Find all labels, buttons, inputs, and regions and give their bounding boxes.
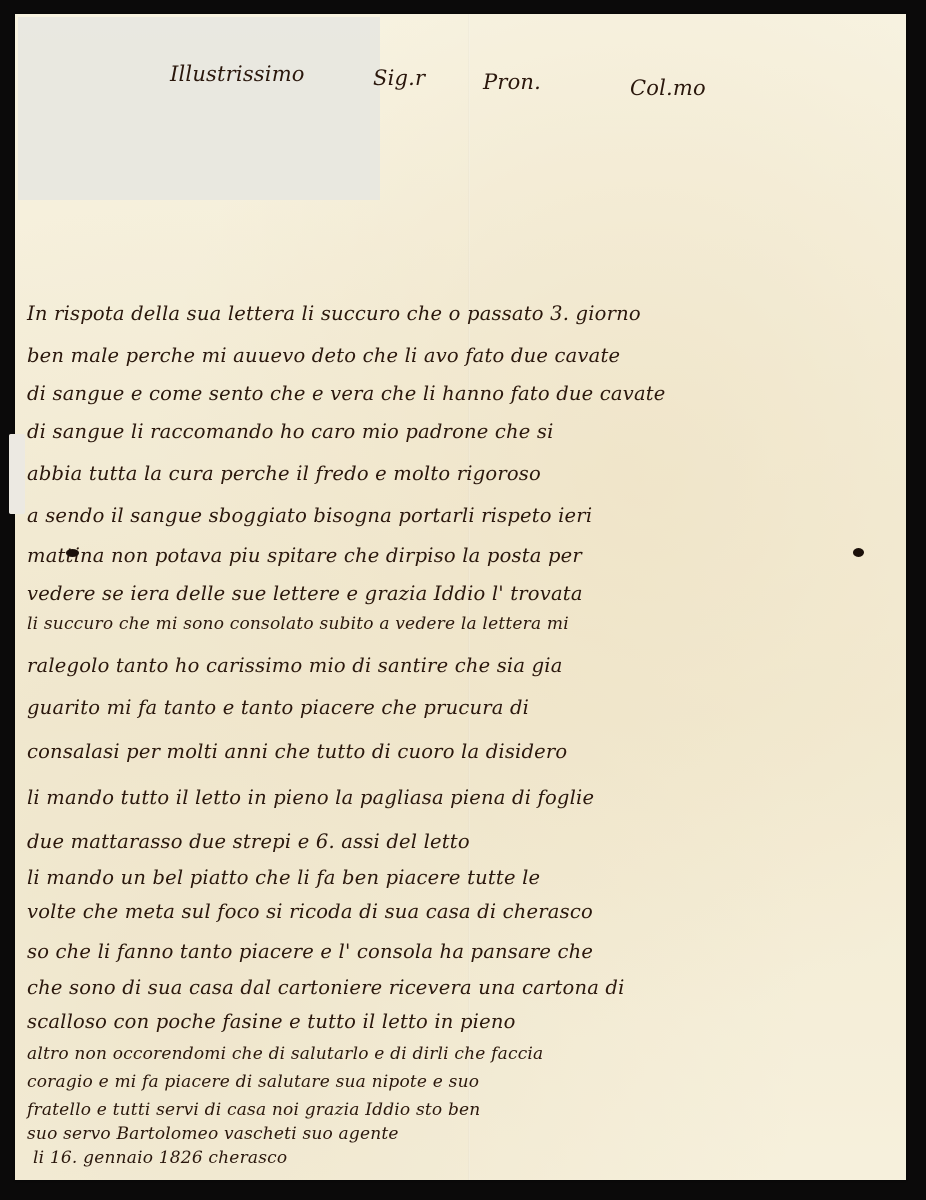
body-line-18: che sono di sua casa dal cartoniere rice… [27,976,625,999]
salutation-word-1: Illustrissimo [170,62,305,86]
ink-blot [853,548,864,557]
body-line-21: coragio e mi fa piacere di salutare sua … [27,1072,479,1092]
body-line-5: abbia tutta la cura perche il fredo e mo… [27,462,541,485]
date-line: li 16. gennaio 1826 cherasco [33,1148,287,1168]
body-line-19: scalloso con poche fasine e tutto il let… [27,1010,516,1033]
body-line-6: a sendo il sangue sboggiato bisogna port… [27,504,592,527]
body-line-1: In rispota della sua lettera li succuro … [27,302,641,325]
salutation-word-2: Sig.r [373,66,425,90]
body-line-7: mattina non potava piu spitare che dirpi… [27,544,582,567]
body-line-4: di sangue li raccomando ho caro mio padr… [27,420,554,443]
body-line-3: di sangue e come sento che e vera che li… [27,382,666,405]
body-line-9: li succuro che mi sono consolato subito … [27,614,569,634]
body-line-2: ben male perche mi auuevo deto che li av… [27,344,620,367]
letter-page: Illustrissimo Sig.r Pron. Col.mo In risp… [15,14,906,1180]
body-line-13: li mando tutto il letto in pieno la pagl… [27,786,594,809]
ink-blot [66,549,79,557]
body-line-15: li mando un bel piatto che li fa ben pia… [27,866,540,889]
body-line-8: vedere se iera delle sue lettere e grazi… [27,582,583,605]
body-line-17: so che li fanno tanto piacere e l' conso… [27,940,593,963]
body-line-22: fratello e tutti servi di casa noi grazi… [27,1100,480,1120]
body-line-10: ralegolo tanto ho carissimo mio di santi… [27,654,563,677]
faded-paper-patch [18,17,380,200]
signature-line: suo servo Bartolomeo vascheti suo agente [27,1124,399,1144]
salutation-word-3: Pron. [483,70,541,94]
body-line-14: due mattarasso due strepi e 6. assi del … [27,830,470,853]
body-line-12: consalasi per molti anni che tutto di cu… [27,740,567,763]
body-line-16: volte che meta sul foco si ricoda di sua… [27,900,593,923]
salutation-word-4: Col.mo [630,76,706,100]
body-line-11: guarito mi fa tanto e tanto piacere che … [27,696,529,719]
body-line-20: altro non occorendomi che di salutarlo e… [27,1044,543,1064]
paper-repair-strip [9,434,25,514]
